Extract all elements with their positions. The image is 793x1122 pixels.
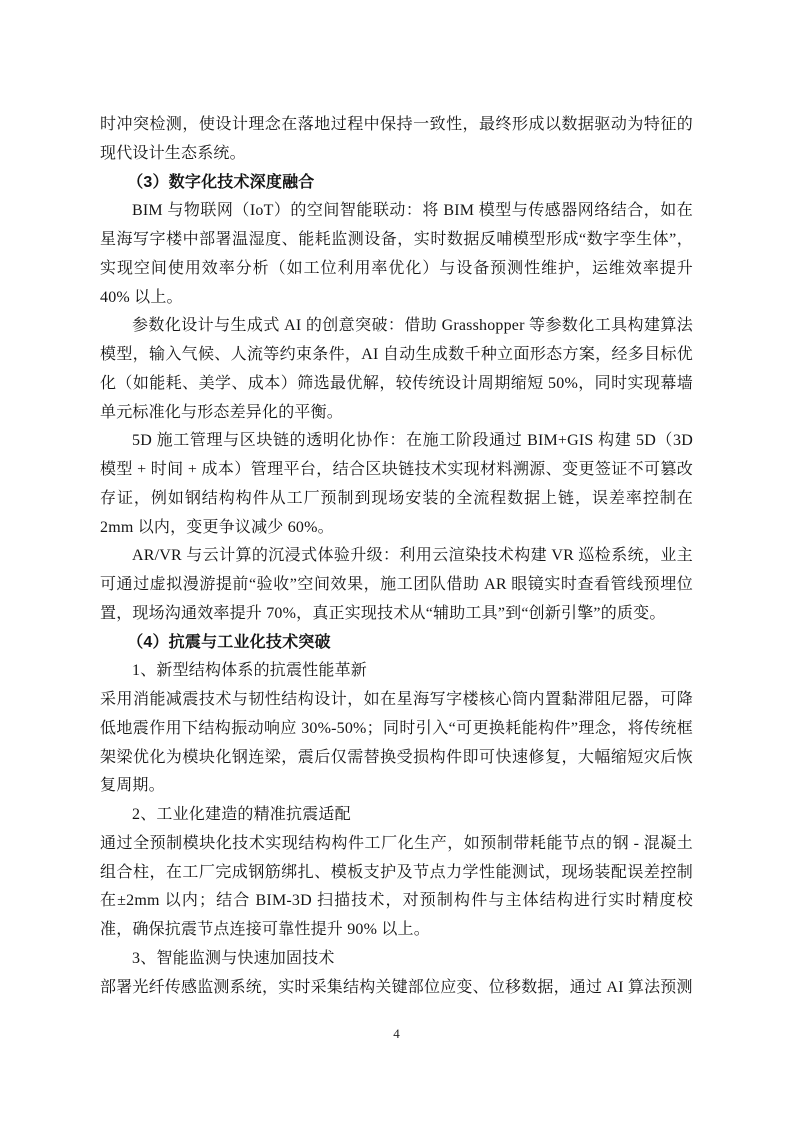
page-number: 4 [0, 1024, 793, 1044]
paragraph-5d-blockchain: 5D 施工管理与区块链的透明化协作：在施工阶段通过 BIM+GIS 构建 5D（… [100, 427, 693, 542]
paragraph-smart-monitoring: 部署光纤传感监测系统，实时采集结构关键部位应变、位移数据，通过 AI 算法预测 [100, 974, 693, 1003]
sub-heading-1: 1、新型结构体系的抗震性能革新 [100, 657, 693, 686]
paragraph-seismic-structure: 采用消能减震技术与韧性结构设计，如在星海写字楼核心筒内置黏滞阻尼器，可降低地震作… [100, 686, 693, 801]
paragraph-prefab-construction: 通过全预制模块化技术实现结构构件工厂化生产，如预制带耗能节点的钢 - 混凝土组合… [100, 830, 693, 945]
paragraph-arvr-cloud: AR/VR 与云计算的沉浸式体验升级：利用云渲染技术构建 VR 巡检系统，业主可… [100, 542, 693, 628]
paragraph-bim-iot: BIM 与物联网（IoT）的空间智能联动：将 BIM 模型与传感器网络结合，如在… [100, 197, 693, 312]
section-heading-3: （3）数字化技术深度融合 [100, 169, 693, 198]
section-heading-4: （4）抗震与工业化技术突破 [100, 629, 693, 658]
sub-heading-3: 3、智能监测与快速加固技术 [100, 945, 693, 974]
document-body: 时冲突检测，使设计理念在落地过程中保持一致性，最终形成以数据驱动为特征的现代设计… [100, 111, 693, 1002]
paragraph-parametric-ai: 参数化设计与生成式 AI 的创意突破：借助 Grasshopper 等参数化工具… [100, 312, 693, 427]
paragraph-continuation: 时冲突检测，使设计理念在落地过程中保持一致性，最终形成以数据驱动为特征的现代设计… [100, 111, 693, 169]
document-page: 时冲突检测，使设计理念在落地过程中保持一致性，最终形成以数据驱动为特征的现代设计… [0, 0, 793, 1122]
sub-heading-2: 2、工业化建造的精准抗震适配 [100, 801, 693, 830]
